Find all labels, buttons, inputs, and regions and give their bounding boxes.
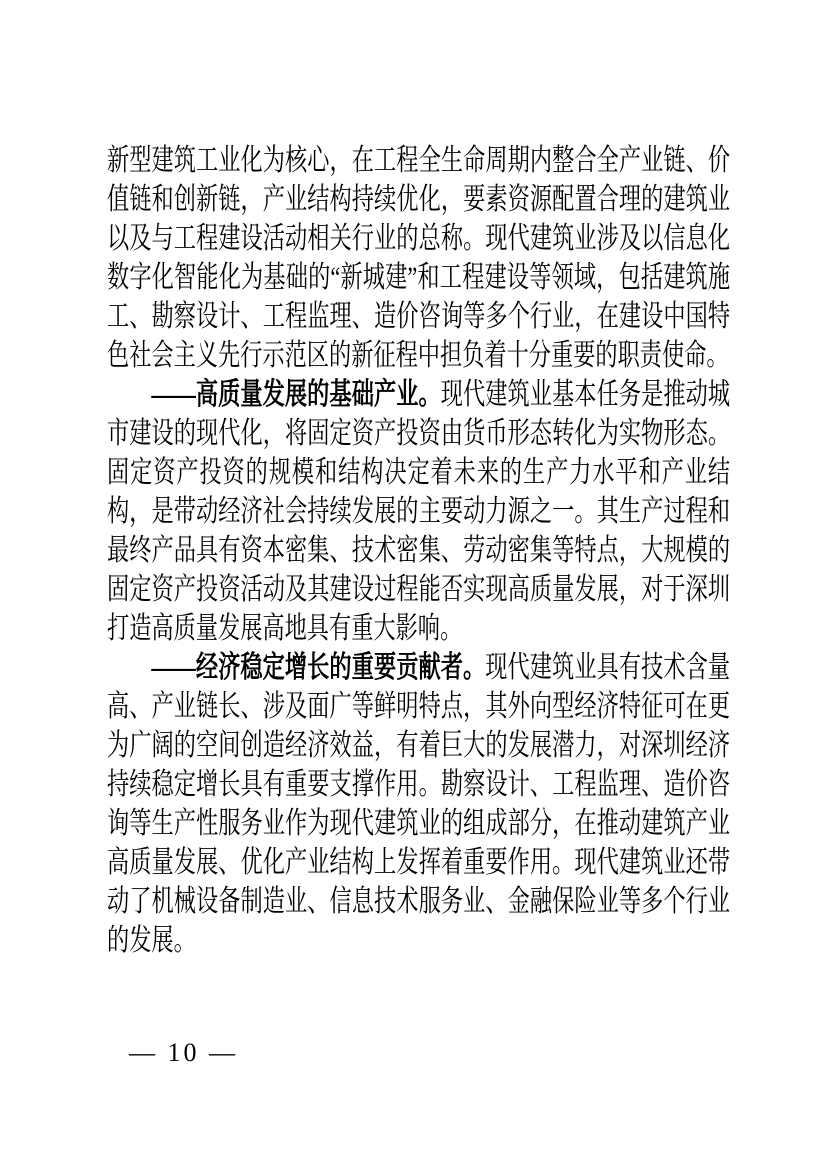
paragraph-heading: ——高质量发展的基础产业。 [151,378,440,411]
paragraph: ——经济稳定增长的重要贡献者。现代建筑业具有技术含量高、产业链长、涉及面广等鲜明… [107,648,730,960]
paragraph-text: 新型建筑工业化为核心，在工程全生命周期内整合全产业链、价值链和创新链，产业结构持… [107,144,730,372]
paragraph: ——高质量发展的基础产业。现代建筑业基本任务是推动城市建设的现代化，将固定资产投… [107,375,730,648]
paragraph-text: 现代建筑业基本任务是推动城市建设的现代化，将固定资产投资由货币形态转化为实物形态… [107,378,730,645]
paragraph-heading: ——经济稳定增长的重要贡献者。 [151,651,485,684]
page-number: — 10 — [129,1038,238,1068]
document-page: 新型建筑工业化为核心，在工程全生命周期内整合全产业链、价值链和创新链，产业结构持… [0,0,827,1170]
paragraph: 新型建筑工业化为核心，在工程全生命周期内整合全产业链、价值链和创新链，产业结构持… [107,141,730,375]
paragraph-text: 现代建筑业具有技术含量高、产业链长、涉及面广等鲜明特点，其外向型经济特征可在更为… [107,651,730,957]
document-body: 新型建筑工业化为核心，在工程全生命周期内整合全产业链、价值链和创新链，产业结构持… [107,141,730,960]
